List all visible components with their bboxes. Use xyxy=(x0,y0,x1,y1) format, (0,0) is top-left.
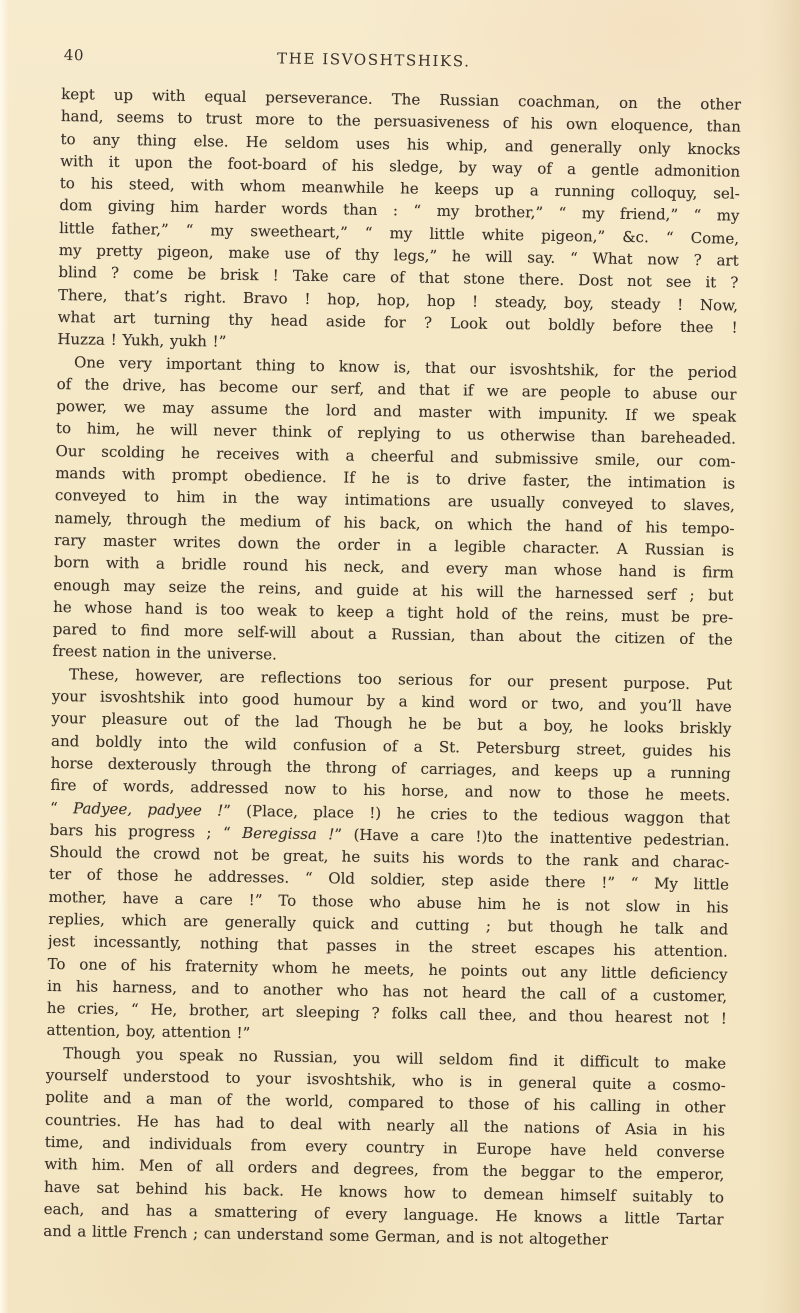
running-title: THE ISVOSHTSHIKS. xyxy=(62,46,742,75)
page-header: 40 THE ISVOSHTSHIKS. xyxy=(62,46,742,78)
paragraph-3: These, however, are reflections too seri… xyxy=(46,663,732,1053)
paragraph-2: One very important thing to know is, tha… xyxy=(52,351,737,674)
text-segment-italic: Padyee, padyee ! xyxy=(73,799,223,819)
paragraph-4: Though you speak no Russian, you will se… xyxy=(43,1042,726,1253)
page-sheet: 40 THE ISVOSHTSHIKS. kept up with equal … xyxy=(43,46,742,1253)
text-segment: bars his progress ; “ xyxy=(50,821,243,842)
paragraph-1: kept up with equal perseverance. The Rus… xyxy=(57,83,741,361)
text-segment-italic: Beregissa ! xyxy=(242,824,334,843)
text-segment: “ xyxy=(50,798,73,816)
page-number: 40 xyxy=(64,46,84,64)
